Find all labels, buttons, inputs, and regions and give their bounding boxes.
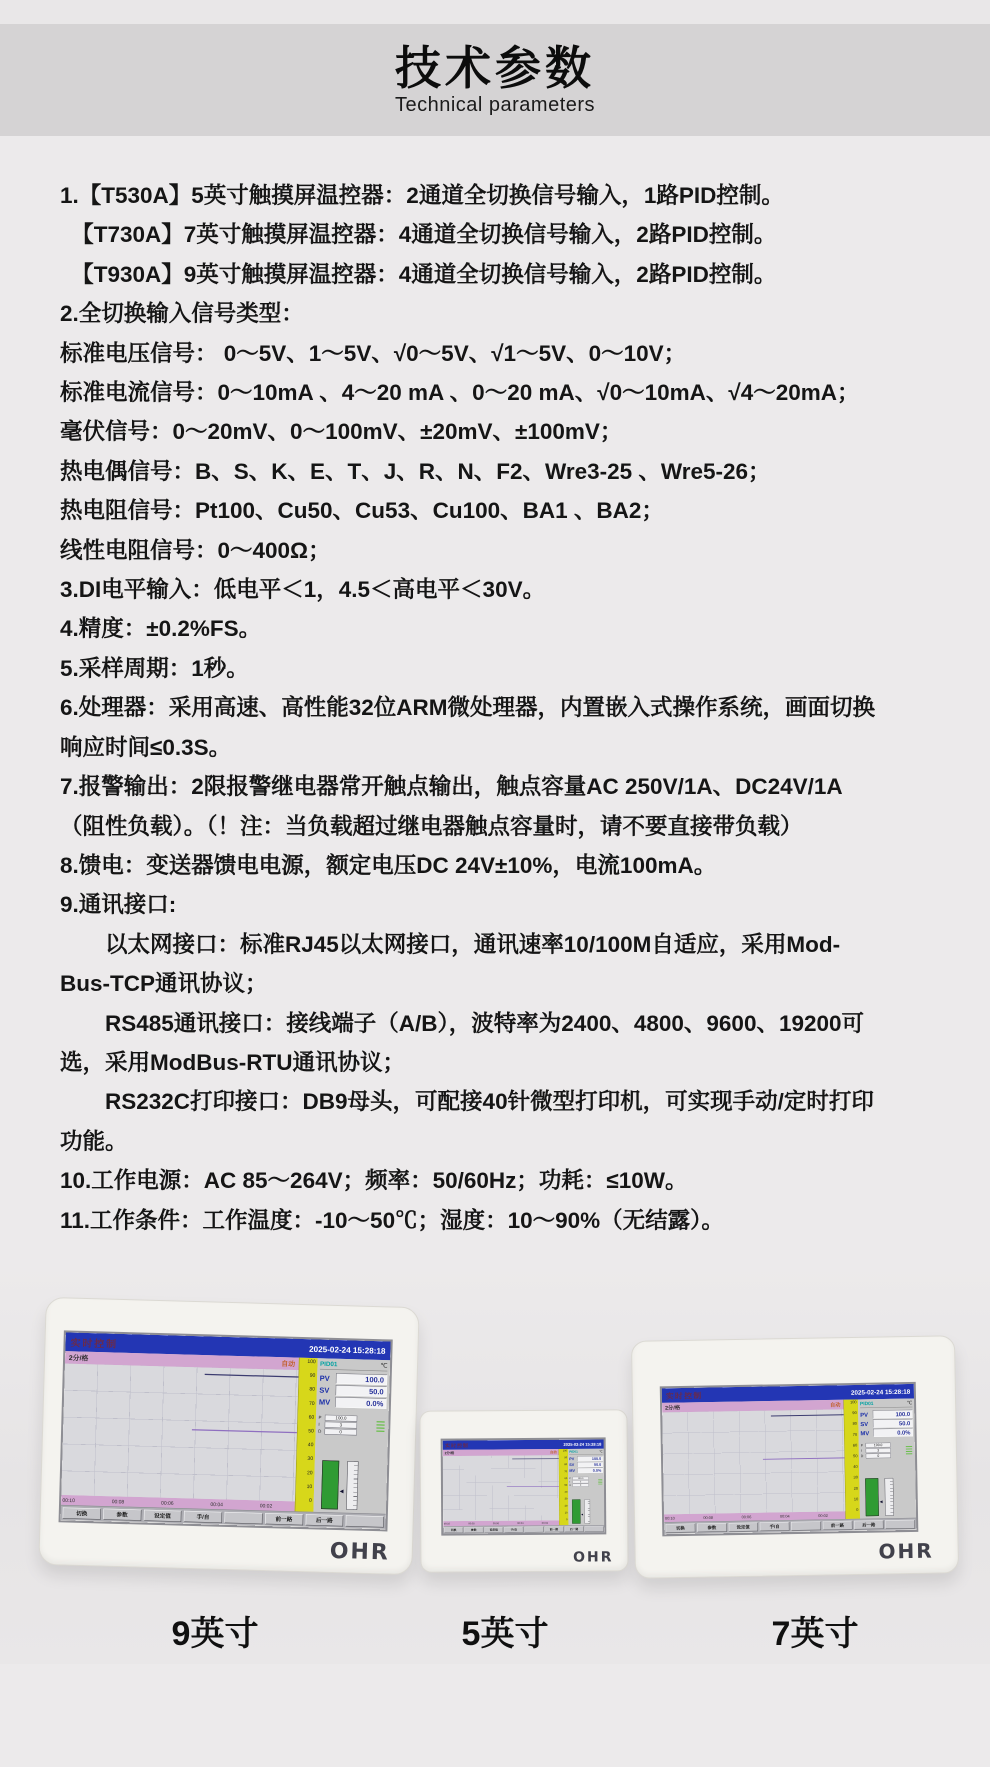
- touchscreen-ui: 实时控制 2025-02-24 15:28:18 2分/格 自动 00:1000…: [443, 1439, 605, 1533]
- screen-button[interactable]: 前一路: [265, 1513, 303, 1525]
- y-axis-tick: 60: [853, 1443, 857, 1447]
- reading-row: MV 0.0%: [860, 1428, 913, 1437]
- trend-line-sv: [507, 1486, 559, 1487]
- reading-label: SV: [569, 1462, 577, 1466]
- reading-value: 50.0: [335, 1385, 387, 1397]
- trend-chart: [443, 1455, 559, 1521]
- reading-value: 0.0%: [335, 1397, 387, 1409]
- y-axis-tick: 0: [566, 1518, 567, 1520]
- screen-title: 实时控制: [666, 1389, 703, 1401]
- y-axis-tick: 50: [853, 1454, 857, 1458]
- reading-label: PV: [569, 1456, 577, 1460]
- screen-button[interactable]: 手/自: [760, 1522, 790, 1531]
- y-axis-tick: 20: [854, 1486, 858, 1490]
- spec-line: 9.通讯接口:: [60, 885, 942, 924]
- y-axis-tick: 10: [854, 1497, 858, 1501]
- device-photo-7inch: 实时控制 2025-02-24 15:28:18 2分/格 自动 00:1000…: [631, 1335, 959, 1579]
- y-axis-tick: 50: [308, 1429, 314, 1434]
- pid-panel-header: PID01 ℃: [320, 1359, 388, 1371]
- reading-label: MV: [860, 1429, 873, 1436]
- screen-button[interactable]: 后一路: [305, 1514, 343, 1526]
- brand-logo: OHR: [878, 1539, 934, 1564]
- screen-button[interactable]: 前一路: [823, 1521, 853, 1530]
- param-row: D 0: [861, 1453, 905, 1459]
- reading-value: 50.0: [577, 1462, 602, 1467]
- reading-value: 100.0: [577, 1456, 602, 1461]
- reading-row: PV 100.0: [860, 1410, 913, 1419]
- screen-title: 实时控制: [445, 1441, 469, 1448]
- pid-panel: PID01 ℃ PV 100.0 SV 50.0 MV: [858, 1398, 916, 1518]
- screen-body: 2分/格 自动 00:1000:0800:0600:0400:02 100908…: [61, 1351, 390, 1514]
- trend-line-sv: [763, 1457, 845, 1459]
- spec-line: 1.【T530A】5英寸触摸屏温控器：2通道全切换信号输入，1路PID控制。: [60, 176, 942, 215]
- reading-value: 100.0: [873, 1410, 913, 1419]
- screen-button[interactable]: 设定值: [484, 1527, 503, 1533]
- time-tick: 00:06: [742, 1515, 752, 1520]
- device-screen-5inch: 实时控制 2025-02-24 15:28:18 2分/格 自动 00:1000…: [443, 1439, 605, 1533]
- spec-line: 【T930A】9英寸触摸屏温控器：4通道全切换信号输入，2路PID控制。: [60, 255, 942, 294]
- spec-line: 【T730A】7英寸触摸屏温控器：4通道全切换信号输入，2路PID控制。: [60, 215, 942, 254]
- trend-line-pv: [771, 1414, 844, 1416]
- output-level-bar: [572, 1499, 581, 1523]
- reading-label: SV: [860, 1420, 873, 1427]
- setpoint-marker-icon: ◀: [340, 1488, 344, 1494]
- time-per-div-label: 2分/格: [665, 1403, 680, 1411]
- y-axis-tick: 30: [565, 1498, 568, 1500]
- device-photo-5inch: 实时控制 2025-02-24 15:28:18 2分/格 自动 00:1000…: [419, 1409, 628, 1572]
- spec-line: RS232C打印接口：DB9母头，可配接40针微型打印机，可实现手动/定时打印: [60, 1082, 942, 1121]
- page: 技术参数 Technical parameters 1.【T530A】5英寸触摸…: [0, 0, 990, 1664]
- trend-chart: [662, 1409, 845, 1514]
- y-axis-tick: 20: [565, 1505, 568, 1507]
- screen-button[interactable]: 设定值: [143, 1509, 181, 1521]
- y-axis-tick: 10: [565, 1511, 568, 1513]
- screen-button[interactable]: [524, 1526, 543, 1532]
- header-banner: 技术参数 Technical parameters: [0, 24, 990, 136]
- time-tick: 00:08: [112, 1498, 125, 1504]
- y-axis-tick: 20: [307, 1470, 313, 1475]
- screen-button[interactable]: 参数: [464, 1527, 483, 1533]
- pid-panel: PID01 ℃ PV 100.0 SV 50.0 MV: [568, 1449, 604, 1526]
- y-axis-tick: 0: [856, 1508, 858, 1512]
- time-tick: 00:04: [210, 1501, 223, 1507]
- screen-body: 2分/格 自动 00:1000:0800:0600:0400:02 100908…: [662, 1398, 916, 1522]
- reading-label: PV: [320, 1374, 336, 1383]
- spec-line: （阻性负载）。（！注：当负载超过继电器触点容量时，请不要直接带负载）: [60, 807, 942, 846]
- y-axis-tick: 40: [308, 1442, 314, 1447]
- time-per-div-label: 2分/格: [445, 1450, 455, 1455]
- reading-row: PV 100.0: [320, 1373, 388, 1386]
- time-tick: 00:08: [703, 1515, 713, 1520]
- spec-line: 标准电压信号： 0～5V、1～5V、√0～5V、√1～5V、0～10V；: [60, 334, 942, 373]
- y-axis-tick: 100: [850, 1400, 857, 1404]
- reading-value: 0.0%: [577, 1468, 602, 1473]
- pid-params: P 100.0 I 3 D 0: [318, 1414, 386, 1437]
- pid-channel-label: PID01: [860, 1401, 874, 1407]
- reading-row: PV 100.0: [569, 1456, 603, 1462]
- time-tick: 00:10: [665, 1516, 675, 1521]
- device-screen-9inch: 实时控制 2025-02-24 15:28:18 2分/格 自动 00:1000…: [61, 1332, 391, 1529]
- spec-line: 标准电流信号：0～10mA 、4～20 mA 、0～20 mA、√0～10mA、…: [60, 373, 942, 412]
- time-tick: 00:02: [260, 1503, 273, 1509]
- param-value: 0: [866, 1453, 891, 1458]
- pid-panel-header: PID01 ℃: [860, 1399, 913, 1408]
- pid-param-list: P 100.0 I 3 D 0: [318, 1414, 375, 1437]
- auto-mode-label: 自动: [830, 1401, 841, 1409]
- screen-button[interactable]: 设定值: [728, 1522, 758, 1531]
- pid-readings: PV 100.0 SV 50.0 MV 0.0%: [319, 1371, 388, 1410]
- signal-bars-icon: [374, 1415, 386, 1437]
- y-axis-tick: 40: [565, 1491, 568, 1493]
- y-axis-tick: 0: [309, 1498, 312, 1503]
- chart-column: 2分/格 自动 00:1000:0800:0600:0400:02: [61, 1351, 299, 1511]
- touchscreen-ui: 实时控制 2025-02-24 15:28:18 2分/格 自动 00:1000…: [662, 1384, 917, 1534]
- screen-button[interactable]: 前一路: [545, 1526, 564, 1532]
- y-axis-tick: 90: [564, 1456, 567, 1458]
- screen-button[interactable]: 参数: [103, 1508, 141, 1520]
- spec-line: 8.馈电：变送器馈电电源，额定电压DC 24V±10%，电流100mA。: [60, 846, 942, 885]
- screen-button[interactable]: 手/自: [184, 1510, 222, 1522]
- output-level-bar: [865, 1478, 879, 1516]
- output-bar-ruler: [885, 1478, 894, 1516]
- temperature-unit: ℃: [599, 1450, 603, 1453]
- reading-value: 50.0: [873, 1419, 913, 1428]
- reading-row: SV 50.0: [569, 1462, 603, 1468]
- specs-list: 1.【T530A】5英寸触摸屏温控器：2通道全切换信号输入，1路PID控制。 【…: [0, 136, 990, 1240]
- screen-button-row: 切换参数设定值手/自前一路后一路: [443, 1525, 604, 1534]
- auto-mode-label: 自动: [550, 1450, 557, 1455]
- screen-button[interactable]: [585, 1526, 604, 1532]
- param-value: 0: [324, 1428, 357, 1435]
- y-axis-tick: 100: [307, 1359, 315, 1364]
- y-axis-tick: 60: [309, 1415, 315, 1420]
- param-row: D 0: [569, 1483, 597, 1486]
- brand-logo: OHR: [573, 1549, 614, 1565]
- screen-button[interactable]: 后一路: [854, 1520, 884, 1529]
- time-tick: 00:10: [62, 1497, 75, 1503]
- screen-button[interactable]: 参数: [697, 1523, 727, 1532]
- setpoint-marker-icon: ◀: [581, 1513, 583, 1516]
- spec-line: 热电偶信号：B、S、K、E、T、J、R、N、F2、Wre3-25 、Wre5-2…: [60, 452, 942, 491]
- trend-line-pv: [512, 1458, 558, 1459]
- pid-param-list: P 100.0 I 3 D 0: [569, 1476, 597, 1487]
- pid-channel-label: PID01: [569, 1450, 578, 1453]
- page-subtitle: Technical parameters: [395, 94, 595, 117]
- reading-label: MV: [569, 1468, 577, 1472]
- trend-line-pv: [205, 1374, 299, 1378]
- spec-line: 5.采样周期：1秒。: [60, 649, 942, 688]
- y-axis-tick: 90: [310, 1373, 316, 1378]
- reading-label: PV: [860, 1411, 873, 1418]
- screen-button[interactable]: [885, 1519, 915, 1528]
- screen-datetime: 2025-02-24 15:28:18: [851, 1388, 910, 1396]
- devices-section: 实时控制 2025-02-24 15:28:18 2分/格 自动 00:1000…: [0, 1262, 990, 1664]
- spec-line: 热电阻信号：Pt100、Cu50、Cu53、Cu100、BA1 、BA2；: [60, 491, 942, 530]
- screen-datetime: 2025-02-24 15:28:18: [309, 1344, 386, 1356]
- reading-value: 100.0: [336, 1373, 388, 1385]
- screen-button[interactable]: 后一路: [565, 1526, 584, 1532]
- time-tick: 00:02: [818, 1513, 828, 1518]
- device-label-5inch: 5英寸: [415, 1606, 595, 1655]
- spec-line: 以太网接口：标准RJ45以太网接口，通讯速率10/100M自适应，采用Mod-: [60, 925, 942, 964]
- trend-line-sv: [192, 1429, 297, 1433]
- reading-label: SV: [319, 1385, 335, 1394]
- page-title: 技术参数: [395, 43, 595, 94]
- device-screen-7inch: 实时控制 2025-02-24 15:28:18 2分/格 自动 00:1000…: [662, 1384, 917, 1534]
- time-tick: 00:04: [517, 1522, 523, 1525]
- reading-row: SV 50.0: [319, 1384, 387, 1397]
- y-axis-tick: 70: [309, 1401, 315, 1406]
- spec-line: 7.报警输出：2限报警继电器常开触点输出，触点容量AC 250V/1A、DC24…: [60, 767, 942, 806]
- spec-line: RS485通讯接口：接线端子（A/B），波特率为2400、4800、9600、1…: [60, 1004, 942, 1043]
- signal-bars-icon: [904, 1442, 913, 1459]
- pid-params: P 100.0 I 3 D 0: [569, 1476, 603, 1487]
- spec-line: 选，采用ModBus-RTU通讯协议；: [60, 1043, 942, 1082]
- pid-params: P 100.0 I 3 D 0: [861, 1442, 914, 1459]
- reading-row: MV 0.0%: [569, 1468, 603, 1474]
- pid-panel-header: PID01 ℃: [569, 1449, 603, 1454]
- y-axis-tick: 100: [563, 1450, 567, 1453]
- y-axis-tick: 70: [853, 1433, 857, 1437]
- setpoint-marker-icon: ◀: [880, 1499, 883, 1503]
- y-axis-tick: 60: [564, 1477, 567, 1479]
- y-axis-tick: 80: [309, 1387, 315, 1392]
- screen-datetime: 2025-02-24 15:28:18: [564, 1442, 602, 1447]
- screen-button[interactable]: [346, 1515, 384, 1527]
- time-tick: 00:02: [542, 1521, 548, 1524]
- screen-button[interactable]: [791, 1521, 821, 1530]
- chart-column: 2分/格 自动 00:1000:0800:0600:0400:02: [443, 1449, 559, 1526]
- y-axis-tick: 90: [852, 1411, 856, 1415]
- pid-channel-label: PID01: [320, 1361, 338, 1368]
- param-row: D 0: [318, 1428, 374, 1436]
- spec-line: 2.全切换输入信号类型：: [60, 294, 942, 333]
- device-label-7inch: 7英寸: [725, 1606, 905, 1655]
- spec-line: 响应时间≤0.3S。: [60, 728, 942, 767]
- reading-row: MV 0.0%: [319, 1396, 387, 1409]
- time-tick: 00:04: [780, 1514, 790, 1519]
- time-per-div-label: 2分/格: [69, 1352, 89, 1363]
- spec-line: 功能。: [60, 1122, 942, 1161]
- trend-chart: [61, 1364, 298, 1502]
- y-axis-tick: 50: [565, 1484, 568, 1486]
- screen-title: 实时控制: [70, 1335, 118, 1351]
- time-tick: 00:06: [161, 1500, 174, 1506]
- spec-line: 毫伏信号：0～20mV、0～100mV、±20mV、±100mV；: [60, 412, 942, 451]
- pid-param-list: P 100.0 I 3 D 0: [861, 1442, 905, 1459]
- touchscreen-ui: 实时控制 2025-02-24 15:28:18 2分/格 自动 00:1000…: [61, 1332, 391, 1529]
- time-tick: 00:08: [468, 1522, 474, 1525]
- pid-panel: PID01 ℃ PV 100.0 SV 50.0 MV: [313, 1358, 390, 1514]
- output-bar-area: ◀: [316, 1439, 385, 1513]
- spec-line: 11.工作条件：工作温度：-10～50℃；湿度：10～90%（无结露）。: [60, 1201, 942, 1240]
- spec-line: 3.DI电平输入：低电平＜1，4.5＜高电平＜30V。: [60, 570, 942, 609]
- y-axis-scale: 1009080706050403020100: [559, 1449, 569, 1525]
- temperature-unit: ℃: [907, 1400, 913, 1405]
- time-tick: 00:06: [493, 1522, 499, 1525]
- screen-button[interactable]: 切换: [63, 1507, 101, 1519]
- screen-button[interactable]: [224, 1512, 262, 1524]
- reading-value: 0.0%: [873, 1428, 913, 1437]
- output-level-bar: [321, 1460, 339, 1509]
- output-bar-ruler: [584, 1499, 590, 1523]
- y-axis-tick: 40: [853, 1465, 857, 1469]
- param-value: 0: [573, 1484, 589, 1487]
- output-bar-area: ◀: [569, 1489, 603, 1525]
- device-photo-9inch: 实时控制 2025-02-24 15:28:18 2分/格 自动 00:1000…: [38, 1297, 419, 1575]
- y-axis-tick: 30: [854, 1476, 858, 1480]
- y-axis-tick: 30: [307, 1456, 313, 1461]
- y-axis-tick: 80: [564, 1463, 567, 1465]
- pid-readings: PV 100.0 SV 50.0 MV 0.0%: [860, 1409, 913, 1439]
- screen-body: 2分/格 自动 00:1000:0800:0600:0400:02 100908…: [443, 1449, 605, 1526]
- temperature-unit: ℃: [380, 1362, 387, 1369]
- reading-label: MV: [319, 1397, 335, 1406]
- spec-line: 线性电阻信号：0～400Ω；: [60, 531, 942, 570]
- spec-line: Bus-TCP通讯协议；: [60, 964, 942, 1003]
- spec-line: 4.精度：±0.2%FS。: [60, 609, 942, 648]
- device-label-9inch: 9英寸: [125, 1606, 305, 1655]
- y-axis-tick: 10: [307, 1484, 313, 1489]
- screen-button[interactable]: 切换: [666, 1523, 696, 1532]
- spec-line: 10.工作电源：AC 85～264V；频率：50/60Hz；功耗：≤10W。: [60, 1161, 942, 1200]
- pid-readings: PV 100.0 SV 50.0 MV 0.0%: [569, 1455, 603, 1474]
- screen-button[interactable]: 切换: [444, 1527, 463, 1533]
- output-bar-ruler: [346, 1461, 359, 1510]
- spec-line: 6.处理器：采用高速、高性能32位ARM微处理器，内置嵌入式操作系统，画面切换: [60, 688, 942, 727]
- reading-row: SV 50.0: [860, 1419, 913, 1428]
- brand-logo: OHR: [329, 1539, 390, 1566]
- screen-button[interactable]: 手/自: [504, 1527, 523, 1533]
- output-bar-area: ◀: [861, 1461, 914, 1518]
- y-axis-tick: 80: [853, 1422, 857, 1426]
- top-strip: [0, 0, 990, 24]
- time-tick: 00:10: [444, 1522, 450, 1525]
- y-axis-tick: 70: [564, 1470, 567, 1472]
- signal-bars-icon: [597, 1476, 603, 1487]
- chart-column: 2分/格 自动 00:1000:0800:0600:0400:02: [662, 1400, 845, 1522]
- auto-mode-label: 自动: [281, 1358, 295, 1368]
